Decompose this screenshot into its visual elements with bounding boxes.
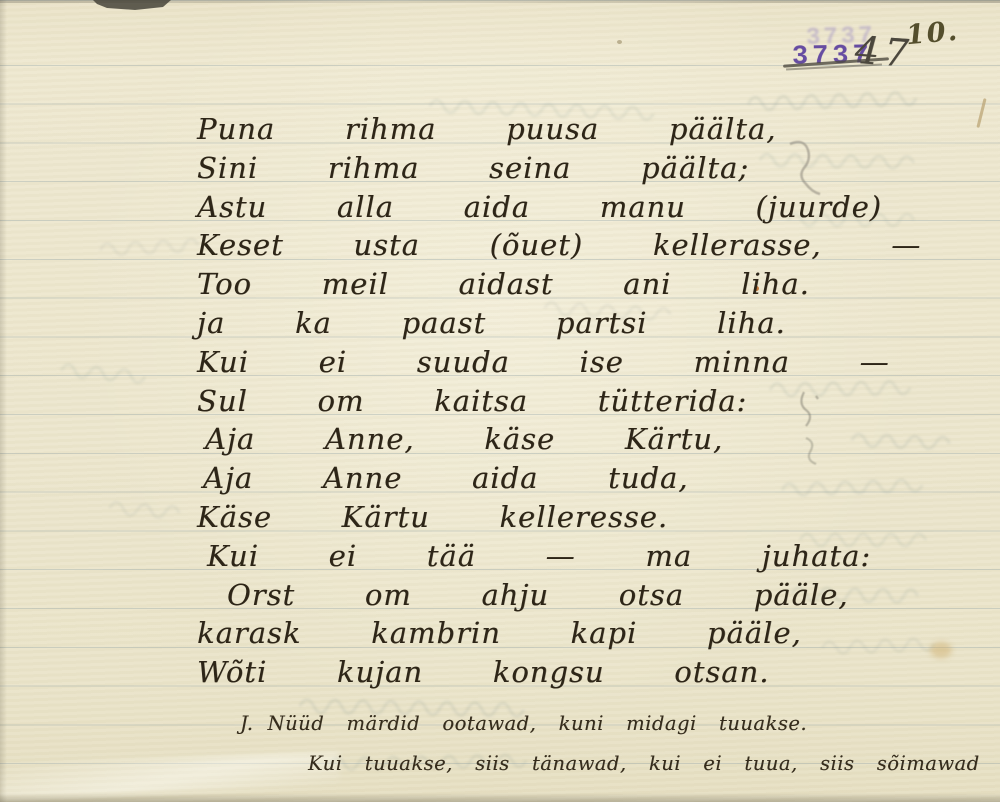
poem-line: Käse Kärtu kelleresse.: [197, 498, 817, 537]
manuscript-page: 3737 3737 47 10. Puna rihma puusa päälta…: [0, 0, 1000, 802]
footnote-text: Nüüd märdid ootawad, kuni midagi tuuakse…: [268, 712, 808, 735]
poem-line: ja ka paast partsi liha.: [197, 304, 817, 343]
footnote-text: Kui tuuakse, siis tänawad, kui ei tuua, …: [308, 752, 980, 775]
stain: [930, 642, 952, 658]
poem-line: Too meil aidast ani liha.: [197, 265, 817, 304]
poem-line: Puna rihma puusa päälta,: [197, 110, 817, 149]
poem-line: Kui ei suuda ise minna —: [197, 343, 817, 382]
poem-line: Astu alla aida manu (juurde): [197, 188, 817, 227]
poem-line: karask kambrin kapi pääle,: [197, 614, 817, 653]
poem-line: Keset usta (õuet) kellerasse, —: [197, 226, 817, 265]
page-left-edge: [0, 0, 7, 802]
page-number: 10.: [905, 16, 960, 51]
poem-line: Kui ei tää — ma juhata:: [207, 537, 817, 576]
poem-line: Wõti kujan kongsu otsan.: [197, 653, 817, 692]
poem-line: Aja Anne aida tuda,: [203, 459, 817, 498]
footnote-line-2: Kui tuuakse, siis tänawad, kui ei tuua, …: [308, 752, 980, 775]
page-bottom-edge: [0, 793, 1000, 802]
paper-crease: [0, 752, 340, 798]
footnote-marker: J.: [240, 712, 254, 735]
torn-edge: [93, 0, 173, 12]
poem-text: Puna rihma puusa päälta, Sini rihma sein…: [197, 110, 817, 692]
poem-line: Aja Anne, käse Kärtu,: [205, 420, 817, 459]
footnote-line-1: J.Nüüd märdid ootawad, kuni midagi tuuak…: [240, 712, 807, 735]
ink-speck: [617, 40, 622, 44]
poem-line: Orst om ahju otsa pääle,: [227, 576, 817, 615]
pencil-tick: [976, 98, 986, 128]
poem-line: Sul om kaitsa tütterida:: [197, 382, 817, 421]
poem-line: Sini rihma seina päälta;: [197, 149, 817, 188]
